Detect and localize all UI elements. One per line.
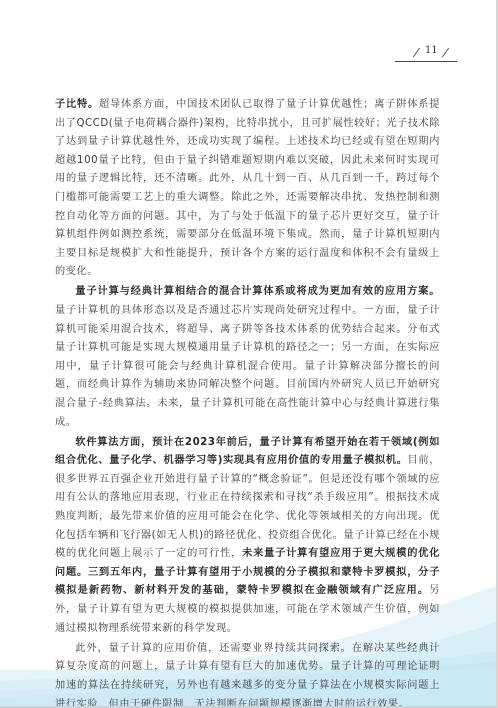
paragraph-3: 软件算法方面，预计在2023年前后，量子计算有希望开始在若干领域(例如组合优化、… [55,434,440,639]
page-number: 11 [425,45,438,56]
slash-decoration-icon [413,48,420,58]
bold-text: 子比特。 [55,99,99,110]
paragraph-4: 此外，量子计算的应用价值，还需要业界持续共同探索。在解决某些经典计算复杂度高的问… [55,640,440,708]
bold-text: 软件算法方面，预计在2023年前后，量子计算有希望开始在若干领域(例如组合优化、… [55,437,440,467]
body-text-span: 量子计算机的具体形态以及是否通过芯片实现尚处研究过程中。一方面，量子计算机可能采… [55,305,440,428]
body-text-span: 此外，量子计算的应用价值，还需要业界持续共同探索。在解决某些经典计算复杂度高的问… [55,643,440,708]
body-text-span: 目前，很多世界五百强企业开始进行量子计算的“概念验证”。但是还没有哪个领域的应用… [55,455,440,559]
paragraph-2: 量子计算与经典计算相结合的混合计算体系或将成为更加有效的应用方案。量子计算机的具… [55,283,440,432]
body-text: 子比特。超导体系方面，中国技术团队已取得了量子计算优越性；离子阱体系提出了QCC… [55,96,440,708]
bold-text: 量子计算与经典计算相结合的混合计算体系或将成为更加有效的应用方案。 [75,286,440,297]
paragraph-1: 子比特。超导体系方面，中国技术团队已取得了量子计算优越性；离子阱体系提出了QCC… [55,96,440,282]
body-text-span: 超导体系方面，中国技术团队已取得了量子计算优越性；离子阱体系提出了QCCD(量子… [55,99,440,277]
document-page: 11 子比特。超导体系方面，中国技术团队已取得了量子计算优越性；离子阱体系提出了… [0,0,498,708]
slash-decoration-icon [442,48,449,58]
page-number-header: 11 [395,44,457,62]
